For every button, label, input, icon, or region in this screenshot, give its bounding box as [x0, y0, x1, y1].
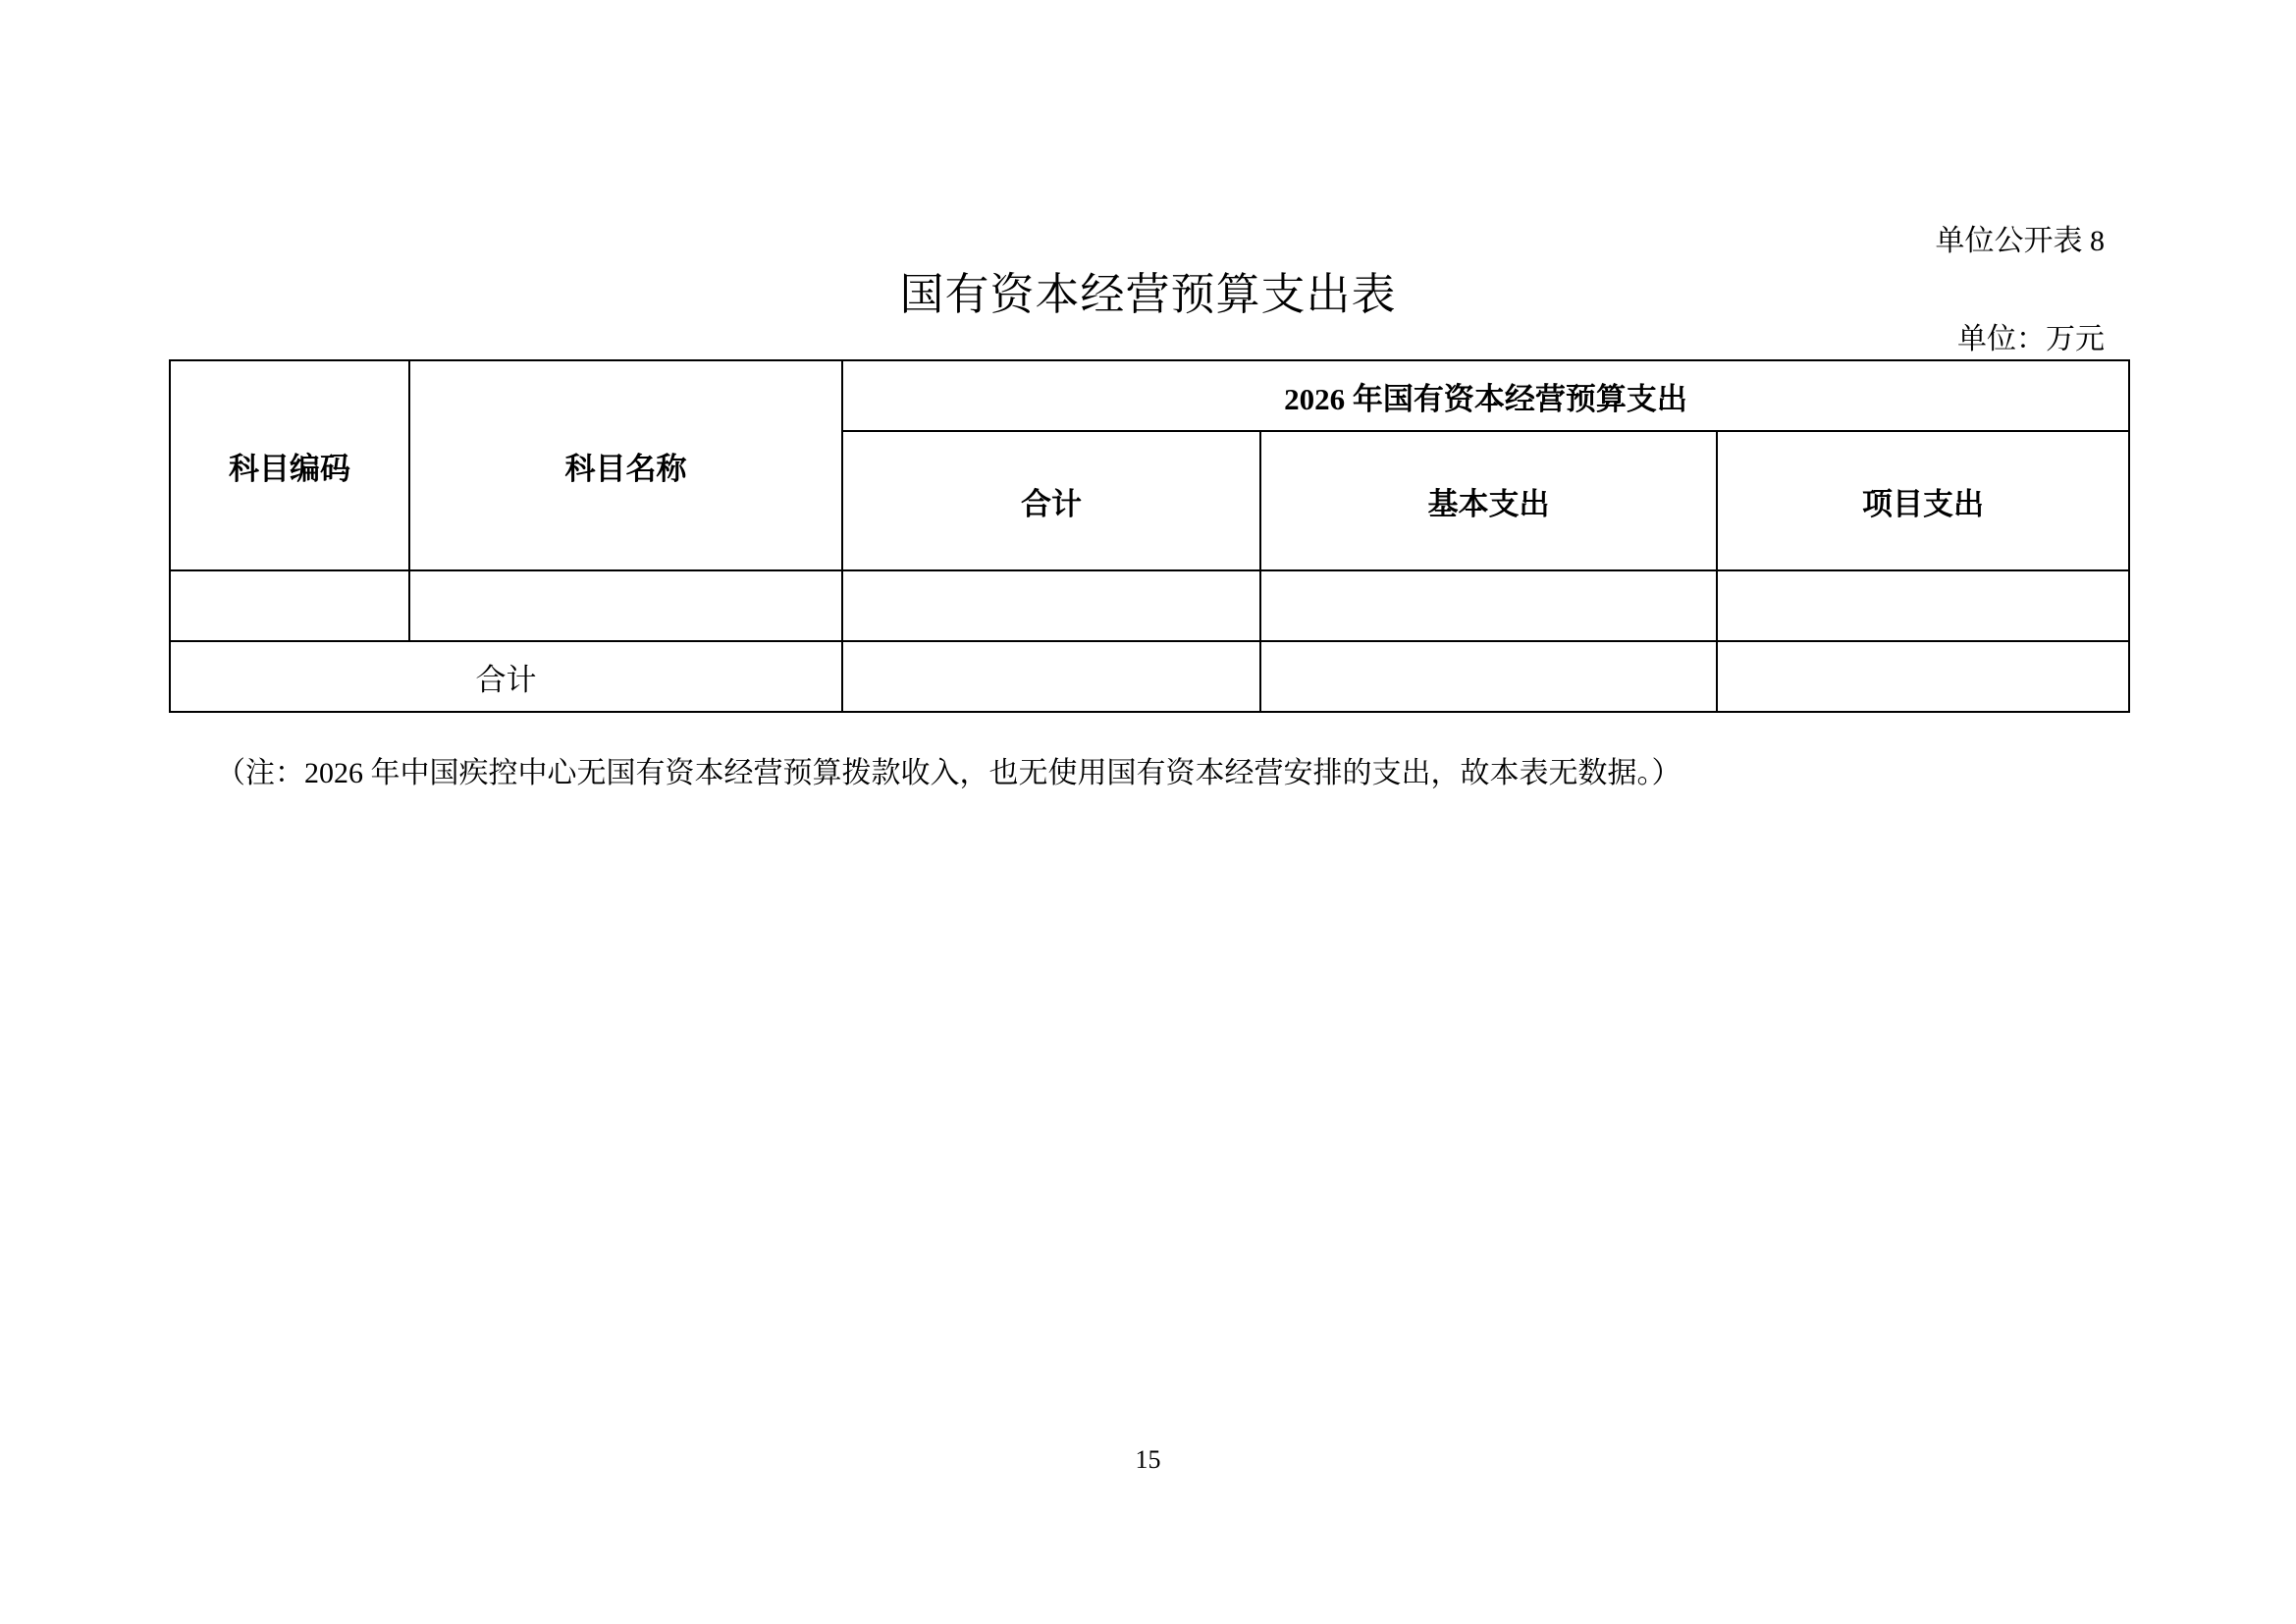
- cell-subject-code: [170, 570, 409, 641]
- cell-basic-expenditure: [1260, 570, 1717, 641]
- table-row: [170, 570, 2129, 641]
- header-subject-code: 科目编码: [170, 360, 409, 570]
- total-row-basic-expenditure: [1260, 641, 1717, 712]
- header-subject-name: 科目名称: [409, 360, 842, 570]
- page-number: 15: [0, 1443, 2296, 1477]
- table-note: （注：2026 年中国疾控中心无国有资本经营预算拨款收入，也无使用国有资本经营安…: [216, 754, 1682, 793]
- total-row-label: 合计: [170, 641, 842, 712]
- total-row-total: [842, 641, 1260, 712]
- cell-subject-name: [409, 570, 842, 641]
- table-header-row: 科目编码 科目名称 2026 年国有资本经营预算支出: [170, 360, 2129, 431]
- header-expenditure-group: 2026 年国有资本经营预算支出: [842, 360, 2129, 431]
- header-project-expenditure: 项目支出: [1717, 431, 2129, 570]
- page-title: 国有资本经营预算支出表: [0, 265, 2296, 324]
- total-row-project-expenditure: [1717, 641, 2129, 712]
- header-basic-expenditure: 基本支出: [1260, 431, 1717, 570]
- cell-project-expenditure: [1717, 570, 2129, 641]
- budget-expenditure-table: 科目编码 科目名称 2026 年国有资本经营预算支出 合计 基本支出 项目支出 …: [169, 359, 2130, 713]
- table-total-row: 合计: [170, 641, 2129, 712]
- cell-total: [842, 570, 1260, 641]
- table-number-label: 单位公开表 8: [1936, 222, 2106, 261]
- header-total: 合计: [842, 431, 1260, 570]
- unit-label: 单位：万元: [1957, 320, 2105, 359]
